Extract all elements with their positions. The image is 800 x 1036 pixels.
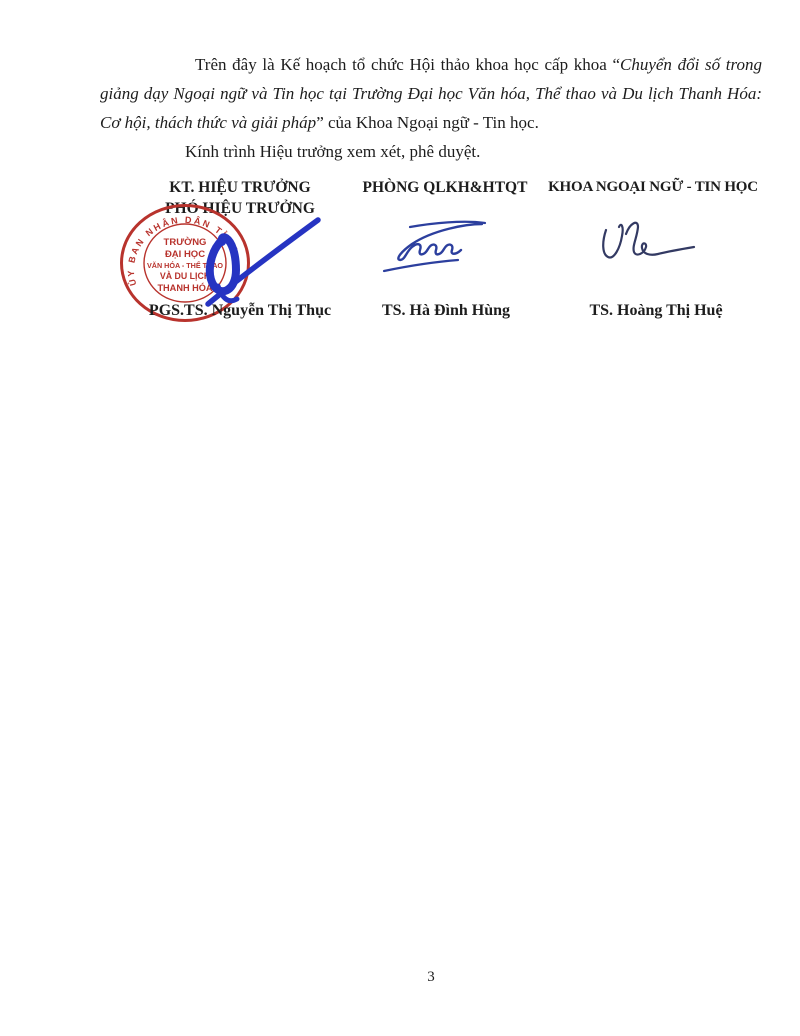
- closing-paragraph: Trên đây là Kế hoạch tổ chức Hội thảo kh…: [100, 50, 762, 137]
- paragraph-tail-text: của Khoa Ngoại ngữ - Tin học.: [324, 113, 539, 132]
- signatory-name: TS. Hà Đình Hùng: [346, 301, 546, 321]
- signatory-name: TS. Hoàng Thị Huệ: [556, 301, 756, 321]
- open-quote: “: [612, 55, 620, 74]
- close-quote: ”: [316, 113, 324, 132]
- vice-rector-signature-ink: [192, 212, 322, 312]
- signatory-column-department: PHÒNG QLKH&HTQT: [344, 177, 546, 198]
- signatory-column-faculty: KHOA NGOẠI NGỮ - TIN HỌC: [528, 177, 778, 198]
- page-number: 3: [100, 969, 762, 986]
- signatory-title-line: KT. HIỆU TRƯỞNG: [138, 177, 342, 198]
- document-page: Trên đây là Kế hoạch tổ chức Hội thảo kh…: [0, 0, 800, 1036]
- signatory-title-line: KHOA NGOẠI NGỮ - TIN HỌC: [528, 177, 778, 198]
- signatory-title-line: PHÒNG QLKH&HTQT: [344, 177, 546, 198]
- faculty-head-signature-ink: [592, 216, 707, 274]
- paragraph-lead-text: Trên đây là Kế hoạch tổ chức Hội thảo kh…: [195, 55, 612, 74]
- department-head-signature-ink: [378, 214, 503, 276]
- submission-line: Kính trình Hiệu trưởng xem xét, phê duyệ…: [100, 137, 762, 166]
- signatory-name: PGS.TS. Nguyễn Thị Thục: [130, 301, 350, 321]
